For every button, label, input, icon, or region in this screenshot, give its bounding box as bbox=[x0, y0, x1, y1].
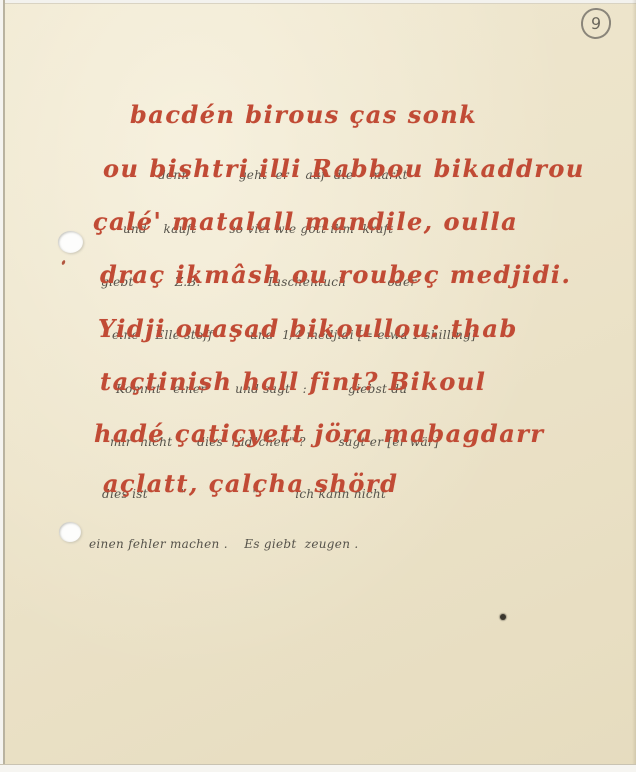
manuscript-page: 9 bacdén birous ças sonk denn geht er au… bbox=[0, 0, 636, 772]
scan-edge-right bbox=[632, 0, 636, 772]
transcription-text: açlatt, çalçha shörd bbox=[103, 469, 398, 498]
scan-edge-bottom bbox=[0, 764, 636, 772]
stray-ink-dot bbox=[500, 614, 506, 620]
page-number-value: 9 bbox=[590, 14, 601, 34]
page-number-circled: 9 bbox=[580, 7, 612, 40]
scan-edge-left bbox=[0, 0, 5, 772]
red-ink-speck bbox=[61, 260, 66, 266]
manuscript-line-8: açlatt, çalçha shörd einen fehler machen… bbox=[103, 431, 398, 589]
german-gloss: einen fehler machen . Es giebt zeugen . bbox=[89, 537, 398, 551]
hole-punch-bottom bbox=[59, 522, 81, 542]
hole-punch-top bbox=[58, 231, 83, 253]
scan-edge-top bbox=[0, 0, 636, 4]
